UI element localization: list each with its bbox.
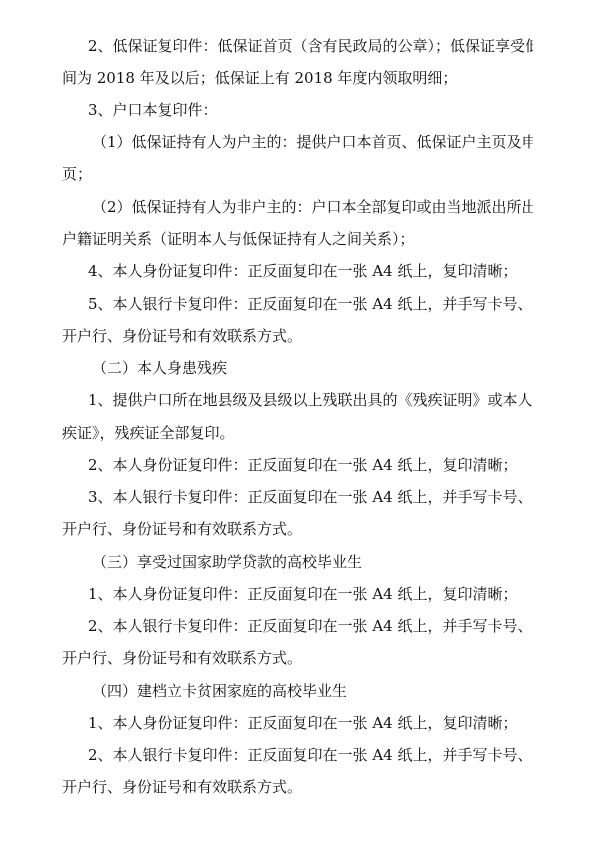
section-heading: （四）建档立卡贫困家庭的高校毕业生 [92, 680, 533, 702]
paragraph-line: 2、本人银行卡复印件：正反面复印在一张 A4 纸上，并手写卡号、详细 [88, 744, 533, 766]
paragraph-line: 1、提供户口所在地县级及县级以上残联出具的《残疾证明》或本人《残 [88, 389, 533, 411]
paragraph-line: 疾证》，残疾证全部复印。 [62, 422, 533, 444]
paragraph-line: 4、本人身份证复印件：正反面复印在一张 A4 纸上，复印清晰； [88, 260, 533, 282]
paragraph-line: （1）低保证持有人为户主的：提供户口本首页、低保证户主页及申请人 [92, 131, 533, 153]
paragraph-line: 3、户口本复印件： [88, 99, 533, 121]
paragraph-line: 开户行、身份证号和有效联系方式。 [62, 647, 533, 669]
section-heading: （二）本人身患残疾 [92, 357, 533, 379]
paragraph-line: 开户行、身份证号和有效联系方式。 [62, 776, 533, 798]
paragraph-line: 1、本人身份证复印件：正反面复印在一张 A4 纸上，复印清晰； [88, 712, 533, 734]
paragraph-line: 页； [62, 163, 533, 185]
paragraph-line: 间为 2018 年及以后；低保证上有 2018 年度内领取明细； [62, 67, 533, 89]
paragraph-line: 5、本人银行卡复印件：正反面复印在一张 A4 纸上，并手写卡号、详细 [88, 293, 533, 315]
paragraph-line: 开户行、身份证号和有效联系方式。 [62, 325, 533, 347]
paragraph-line: （2）低保证持有人为非户主的：户口本全部复印或由当地派出所出具的 [92, 196, 533, 218]
paragraph-line: 2、低保证复印件：低保证首页（含有民政局的公章）；低保证享受低保时 [88, 35, 533, 57]
paragraph-line: 3、本人银行卡复印件：正反面复印在一张 A4 纸上，并手写卡号、详细 [88, 486, 533, 508]
paragraph-line: 1、本人身份证复印件：正反面复印在一张 A4 纸上，复印清晰； [88, 583, 533, 605]
paragraph-line: 2、本人银行卡复印件：正反面复印在一张 A4 纸上，并手写卡号、详细 [88, 615, 533, 637]
paragraph-line: 户籍证明关系（证明本人与低保证持有人之间关系）； [62, 228, 533, 250]
paragraph-line: 2、本人身份证复印件：正反面复印在一张 A4 纸上，复印清晰； [88, 454, 533, 476]
section-heading: （三）享受过国家助学贷款的高校毕业生 [92, 551, 533, 573]
document-page: 2、低保证复印件：低保证首页（含有民政局的公章）；低保证享受低保时 间为 201… [0, 0, 595, 841]
paragraph-line: 开户行、身份证号和有效联系方式。 [62, 518, 533, 540]
